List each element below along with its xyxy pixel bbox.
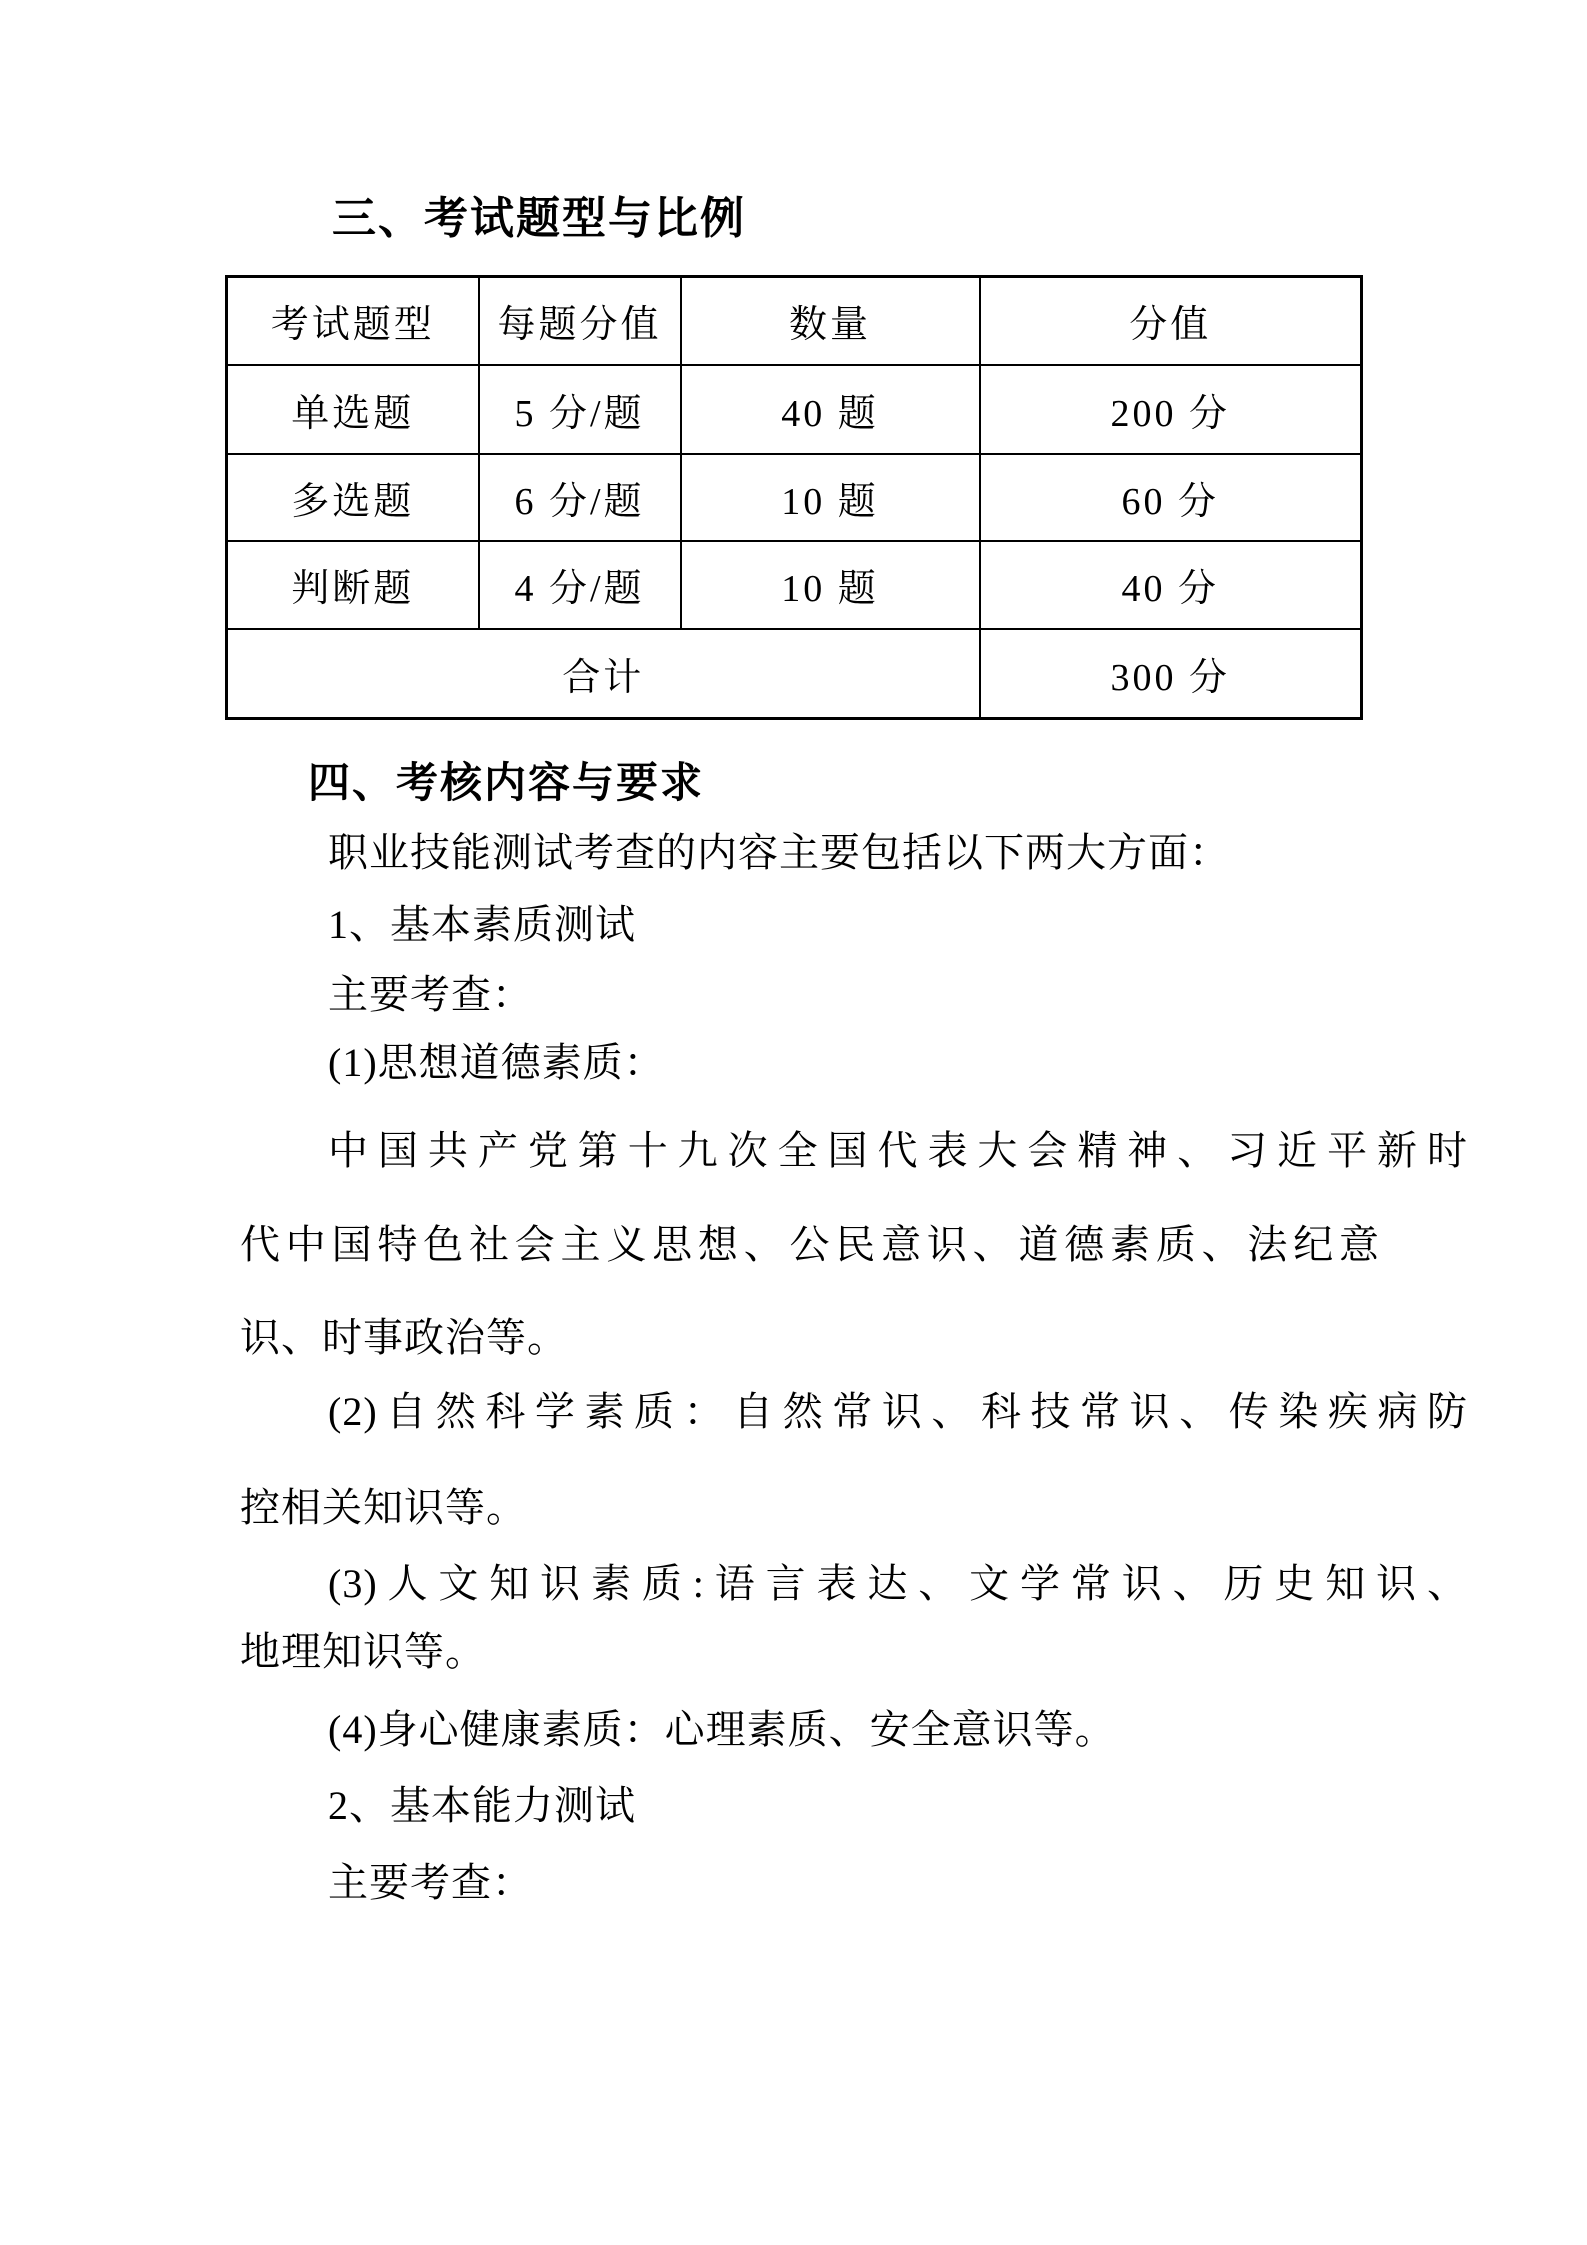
cell-total-score: 300 分 xyxy=(980,629,1362,719)
cell-score: 60 分 xyxy=(980,454,1362,541)
document-page: 三、考试题型与比例 考试题型 每题分值 数量 分值 单选题 5 分/题 40 题… xyxy=(0,0,1587,2245)
cell-quantity: 10 题 xyxy=(681,454,980,541)
cell-total-label: 合计 xyxy=(227,629,980,719)
cell-quantity: 10 题 xyxy=(681,541,980,629)
cell-quantity: 40 题 xyxy=(681,365,980,454)
header-cell-points-per-question: 每题分值 xyxy=(479,277,681,365)
paragraph-ideology-line-2: 代中国特色社会主义思想、公民意识、道德素质、法纪意 xyxy=(240,1219,1380,1271)
label-main-examine-2: 主要考查： xyxy=(240,1857,1468,1909)
item-basic-quality-test: 1、基本素质测试 xyxy=(240,899,1468,951)
cell-type: 判断题 xyxy=(227,541,479,629)
table-row-single-choice: 单选题 5 分/题 40 题 200 分 xyxy=(227,365,1362,454)
item-basic-ability-test: 2、基本能力测试 xyxy=(240,1780,1468,1832)
cell-points: 4 分/题 xyxy=(479,541,681,629)
section4-heading: 四、考核内容与要求 xyxy=(240,757,1448,809)
paragraph-ideology-line-1: 中国共产党第十九次全国代表大会精神、习近平新时 xyxy=(240,1125,1468,1177)
cell-score: 40 分 xyxy=(980,541,1362,629)
table-row-true-false: 判断题 4 分/题 10 题 40 分 xyxy=(227,541,1362,629)
item-natural-science-line-2: 控相关知识等。 xyxy=(240,1482,1380,1534)
header-cell-quantity: 数量 xyxy=(681,277,980,365)
table-row-multi-choice: 多选题 6 分/题 10 题 60 分 xyxy=(227,454,1362,541)
header-cell-question-type: 考试题型 xyxy=(227,277,479,365)
cell-score: 200 分 xyxy=(980,365,1362,454)
cell-type: 单选题 xyxy=(227,365,479,454)
paragraph-ideology-line-3: 识、时事政治等。 xyxy=(240,1312,1380,1364)
item-humanities-line-1: (3)人文知识素质:语言表达、文学常识、历史知识、 xyxy=(240,1558,1468,1610)
table-row-total: 合计 300 分 xyxy=(227,629,1362,719)
item-physical-mental-health: (4)身心健康素质：心理素质、安全意识等。 xyxy=(240,1704,1468,1756)
item-ideology-morality: (1)思想道德素质： xyxy=(240,1037,1468,1089)
cell-type: 多选题 xyxy=(227,454,479,541)
table-header-row: 考试题型 每题分值 数量 分值 xyxy=(227,277,1362,365)
header-cell-score: 分值 xyxy=(980,277,1362,365)
cell-points: 6 分/题 xyxy=(479,454,681,541)
cell-points: 5 分/题 xyxy=(479,365,681,454)
label-main-examine-1: 主要考查： xyxy=(240,969,1468,1021)
section3-heading: 三、考试题型与比例 xyxy=(240,190,1472,248)
exam-score-table: 考试题型 每题分值 数量 分值 单选题 5 分/题 40 题 200 分 多选题… xyxy=(225,275,1363,720)
paragraph-intro-line: 职业技能测试考查的内容主要包括以下两大方面： xyxy=(240,827,1468,879)
item-humanities-line-2: 地理知识等。 xyxy=(240,1626,1380,1678)
item-natural-science-line-1: (2)自然科学素质：自然常识、科技常识、传染疾病防 xyxy=(240,1386,1468,1438)
